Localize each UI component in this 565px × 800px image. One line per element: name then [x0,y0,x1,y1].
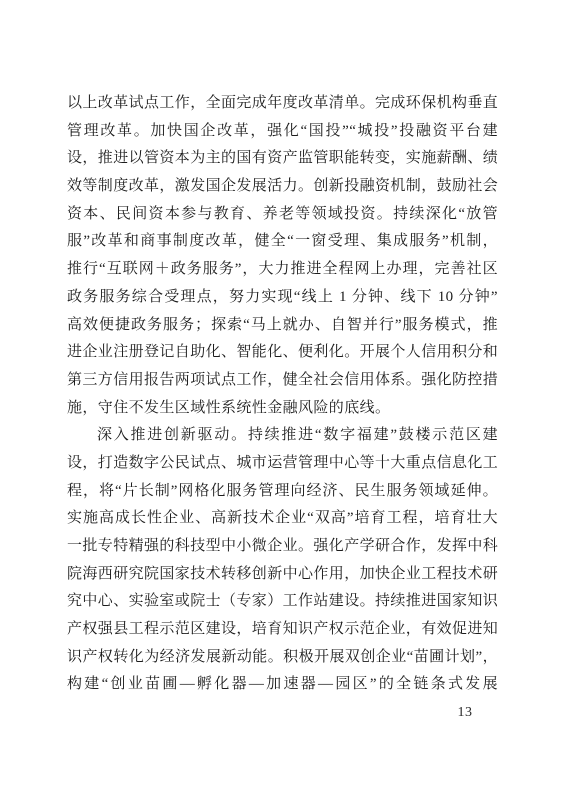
text-line: 推行“互联网＋政务服务”，大力推进全程网上办理，完善社区 [67,256,498,284]
text-line: 识产权转化为经济发展新动能。积极开展双创企业“苗圃计划”， [67,644,498,672]
text-line: 资本、民间资本参与教育、养老等领域投资。持续深化“放管 [67,201,498,229]
text-line: 究中心、实验室或院士（专家）工作站建设。持续推进国家知识 [67,588,498,616]
text-line: 实施高成长性企业、高新技术企业“双高”培育工程，培育壮大 [67,505,498,533]
text-line: 进企业注册登记自助化、智能化、便利化。开展个人信用积分和 [67,339,498,367]
page-number: 13 [448,705,482,721]
text-line: 政务服务综合受理点，努力实现“线上 1 分钟、线下 10 分钟” [67,284,498,312]
text-line: 施，守住不发生区域性系统性金融风险的底线。 [67,395,498,423]
page-body-text: 以上改革试点工作，全面完成年度改革清单。完成环保机构垂直 管理改革。加快国企改革… [67,90,498,699]
text-line: 设，打造数字公民试点、城市运营管理中心等十大重点信息化工 [67,450,498,478]
text-line: 以上改革试点工作，全面完成年度改革清单。完成环保机构垂直 [67,90,498,118]
text-line: 程，将“片长制”网格化服务管理向经济、民生服务领域延伸。 [67,478,498,506]
text-line: 产权强县工程示范区建设，培育知识产权示范企业，有效促进知 [67,616,498,644]
text-line: 效等制度改革，激发国企发展活力。创新投融资机制，鼓励社会 [67,173,498,201]
text-line: 深入推进创新驱动。持续推进“数字福建”鼓楼示范区建 [67,422,498,450]
text-line: 服”改革和商事制度改革，健全“一窗受理、集成服务”机制， [67,228,498,256]
paragraph-innovation: 深入推进创新驱动。持续推进“数字福建”鼓楼示范区建 设，打造数字公民试点、城市运… [67,422,498,699]
text-line: 院海西研究院国家技术转移创新中心作用，加快企业工程技术研 [67,561,498,589]
text-line: 高效便捷政务服务；探索“马上就办、自智并行”服务模式，推 [67,312,498,340]
paragraph-reform: 以上改革试点工作，全面完成年度改革清单。完成环保机构垂直 管理改革。加快国企改革… [67,90,498,422]
text-line: 一批专特精强的科技型中小微企业。强化产学研合作，发挥中科 [67,533,498,561]
text-line: 第三方信用报告两项试点工作，健全社会信用体系。强化防控措 [67,367,498,395]
text-line: 管理改革。加快国企改革，强化“国投”“城投”投融资平台建 [67,118,498,146]
text-line: 构建“创业苗圃—孵化器—加速器—园区”的全链条式发展 [67,671,498,699]
text-line: 设，推进以管资本为主的国有资产监管职能转变，实施薪酬、绩 [67,145,498,173]
document-page: 以上改革试点工作，全面完成年度改革清单。完成环保机构垂直 管理改革。加快国企改革… [0,0,565,800]
